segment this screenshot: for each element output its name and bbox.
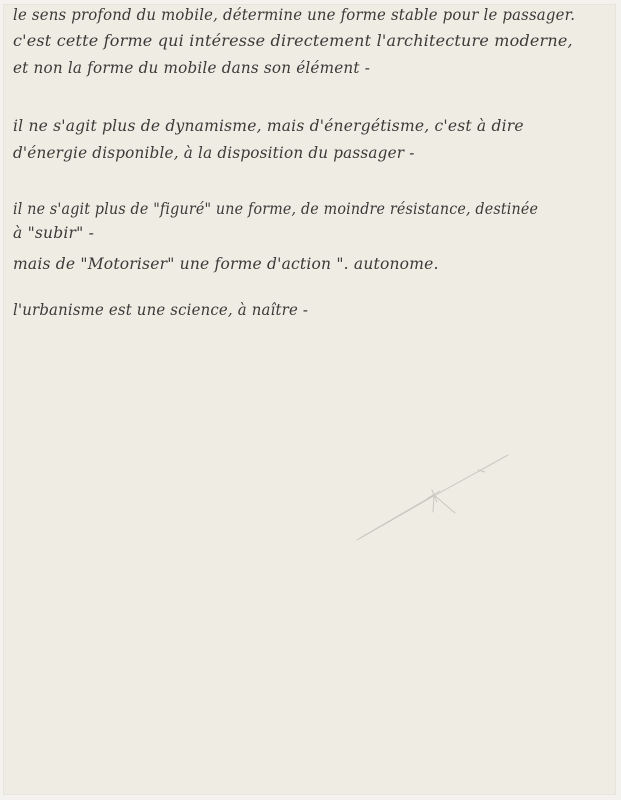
text-line: il ne s'agit plus de dynamisme, mais d'é… — [13, 117, 524, 135]
text-line: mais de "Motoriser" une forme d'action "… — [13, 255, 439, 273]
text-line: le sens profond du mobile, détermine une… — [13, 6, 575, 24]
text-line: à "subir" - — [13, 224, 94, 242]
text-line: c'est cette forme qui intéresse directem… — [13, 32, 573, 50]
text-line: il ne s'agit plus de "figuré" une forme,… — [13, 200, 538, 218]
text-line: et non la forme du mobile dans son éléme… — [13, 59, 370, 77]
text-line: l'urbanisme est une science, à naître - — [13, 301, 308, 319]
manuscript-page: le sens profond du mobile, détermine une… — [3, 4, 616, 795]
text-line: d'énergie disponible, à la disposition d… — [13, 144, 415, 162]
